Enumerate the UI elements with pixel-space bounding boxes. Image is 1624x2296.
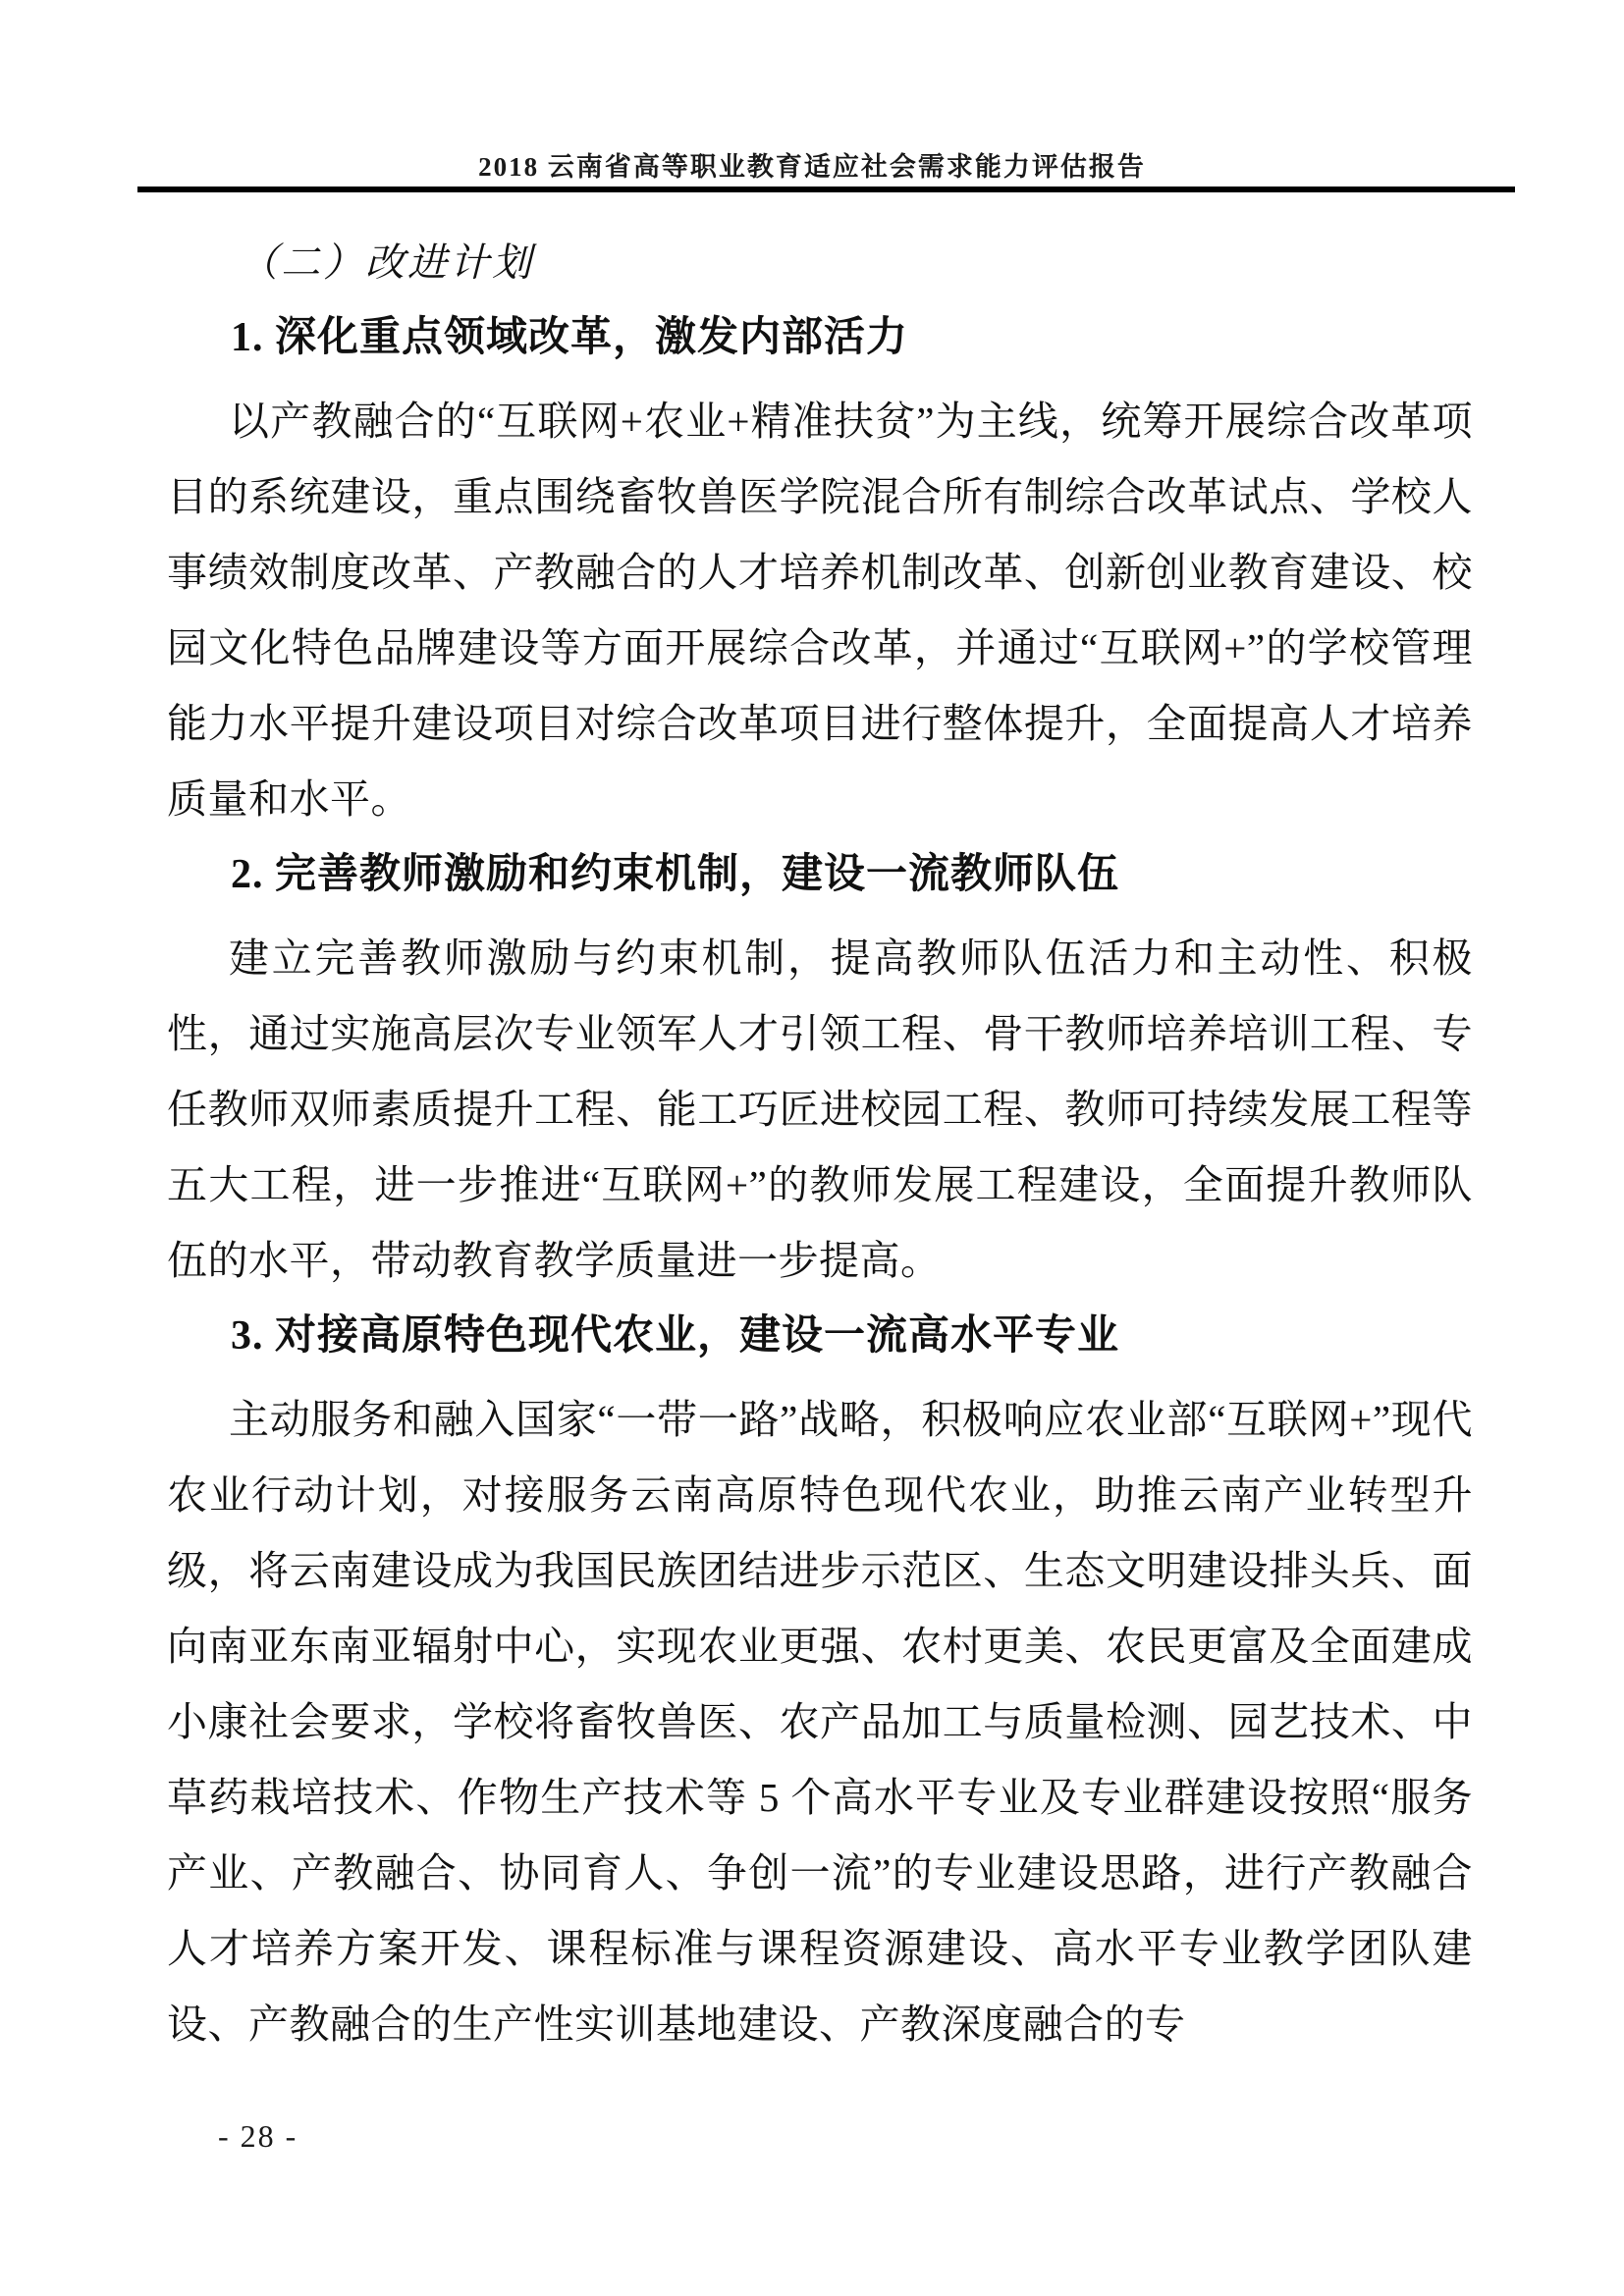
paragraph-2: 建立完善教师激励与约束机制，提高教师队伍活力和主动性、积极性，通过实施高层次专业…	[167, 921, 1473, 1299]
numbered-heading-1: 1. 深化重点领域改革，激发内部活力	[167, 300, 1473, 376]
paragraph-1: 以产教融合的“互联网+农业+精准扶贫”为主线，统筹开展综合改革项目的系统建设，重…	[167, 384, 1473, 837]
page-number: - 28 -	[218, 2118, 298, 2155]
section-heading: （二）改进计划	[167, 225, 1473, 300]
numbered-heading-3: 3. 对接高原特色现代农业，建设一流高水平专业	[167, 1299, 1473, 1374]
page-header: 2018 云南省高等职业教育适应社会需求能力评估报告	[0, 145, 1624, 184]
paragraph-3: 主动服务和融入国家“一带一路”战略，积极响应农业部“互联网+”现代农业行动计划，…	[167, 1382, 1473, 2062]
report-title: 2018 云南省高等职业教育适应社会需求能力评估报告	[0, 145, 1624, 184]
numbered-heading-2: 2. 完善教师激励和约束机制，建设一流教师队伍	[167, 837, 1473, 913]
header-rule	[137, 187, 1515, 192]
document-body: （二）改进计划 1. 深化重点领域改革，激发内部活力 以产教融合的“互联网+农业…	[167, 208, 1473, 2062]
